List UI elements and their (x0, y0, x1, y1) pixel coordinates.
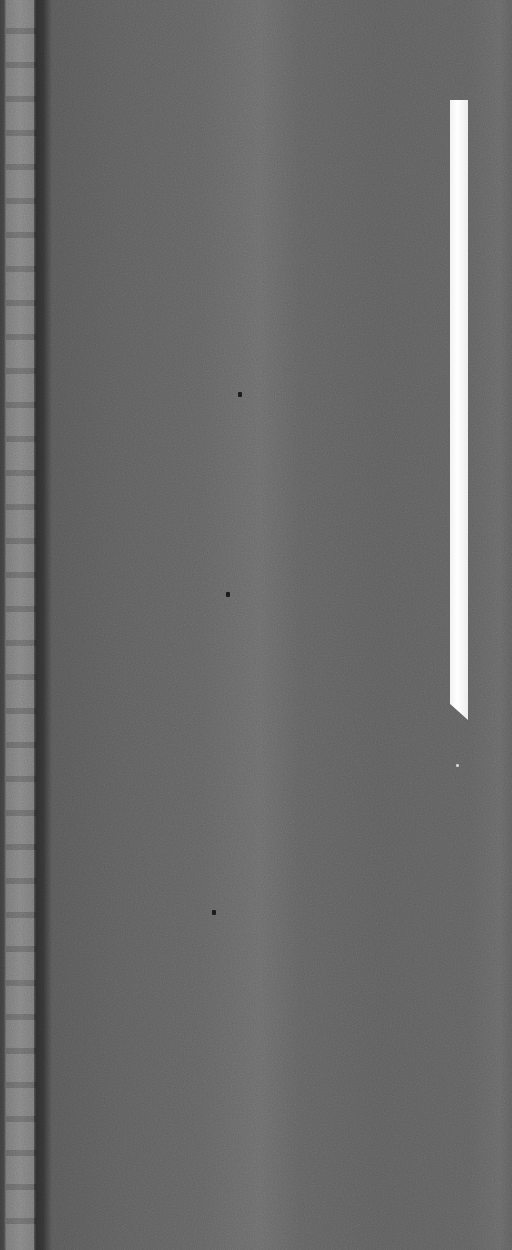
debris-spot (238, 392, 242, 397)
curb-strip (6, 0, 36, 1250)
road-photo (0, 0, 512, 1250)
gutter-shadow (34, 0, 44, 1250)
asphalt-texture (0, 0, 512, 1250)
debris-spot (226, 592, 230, 597)
lane-marking (450, 100, 468, 720)
debris-spot (212, 910, 216, 915)
light-speck (456, 764, 459, 767)
